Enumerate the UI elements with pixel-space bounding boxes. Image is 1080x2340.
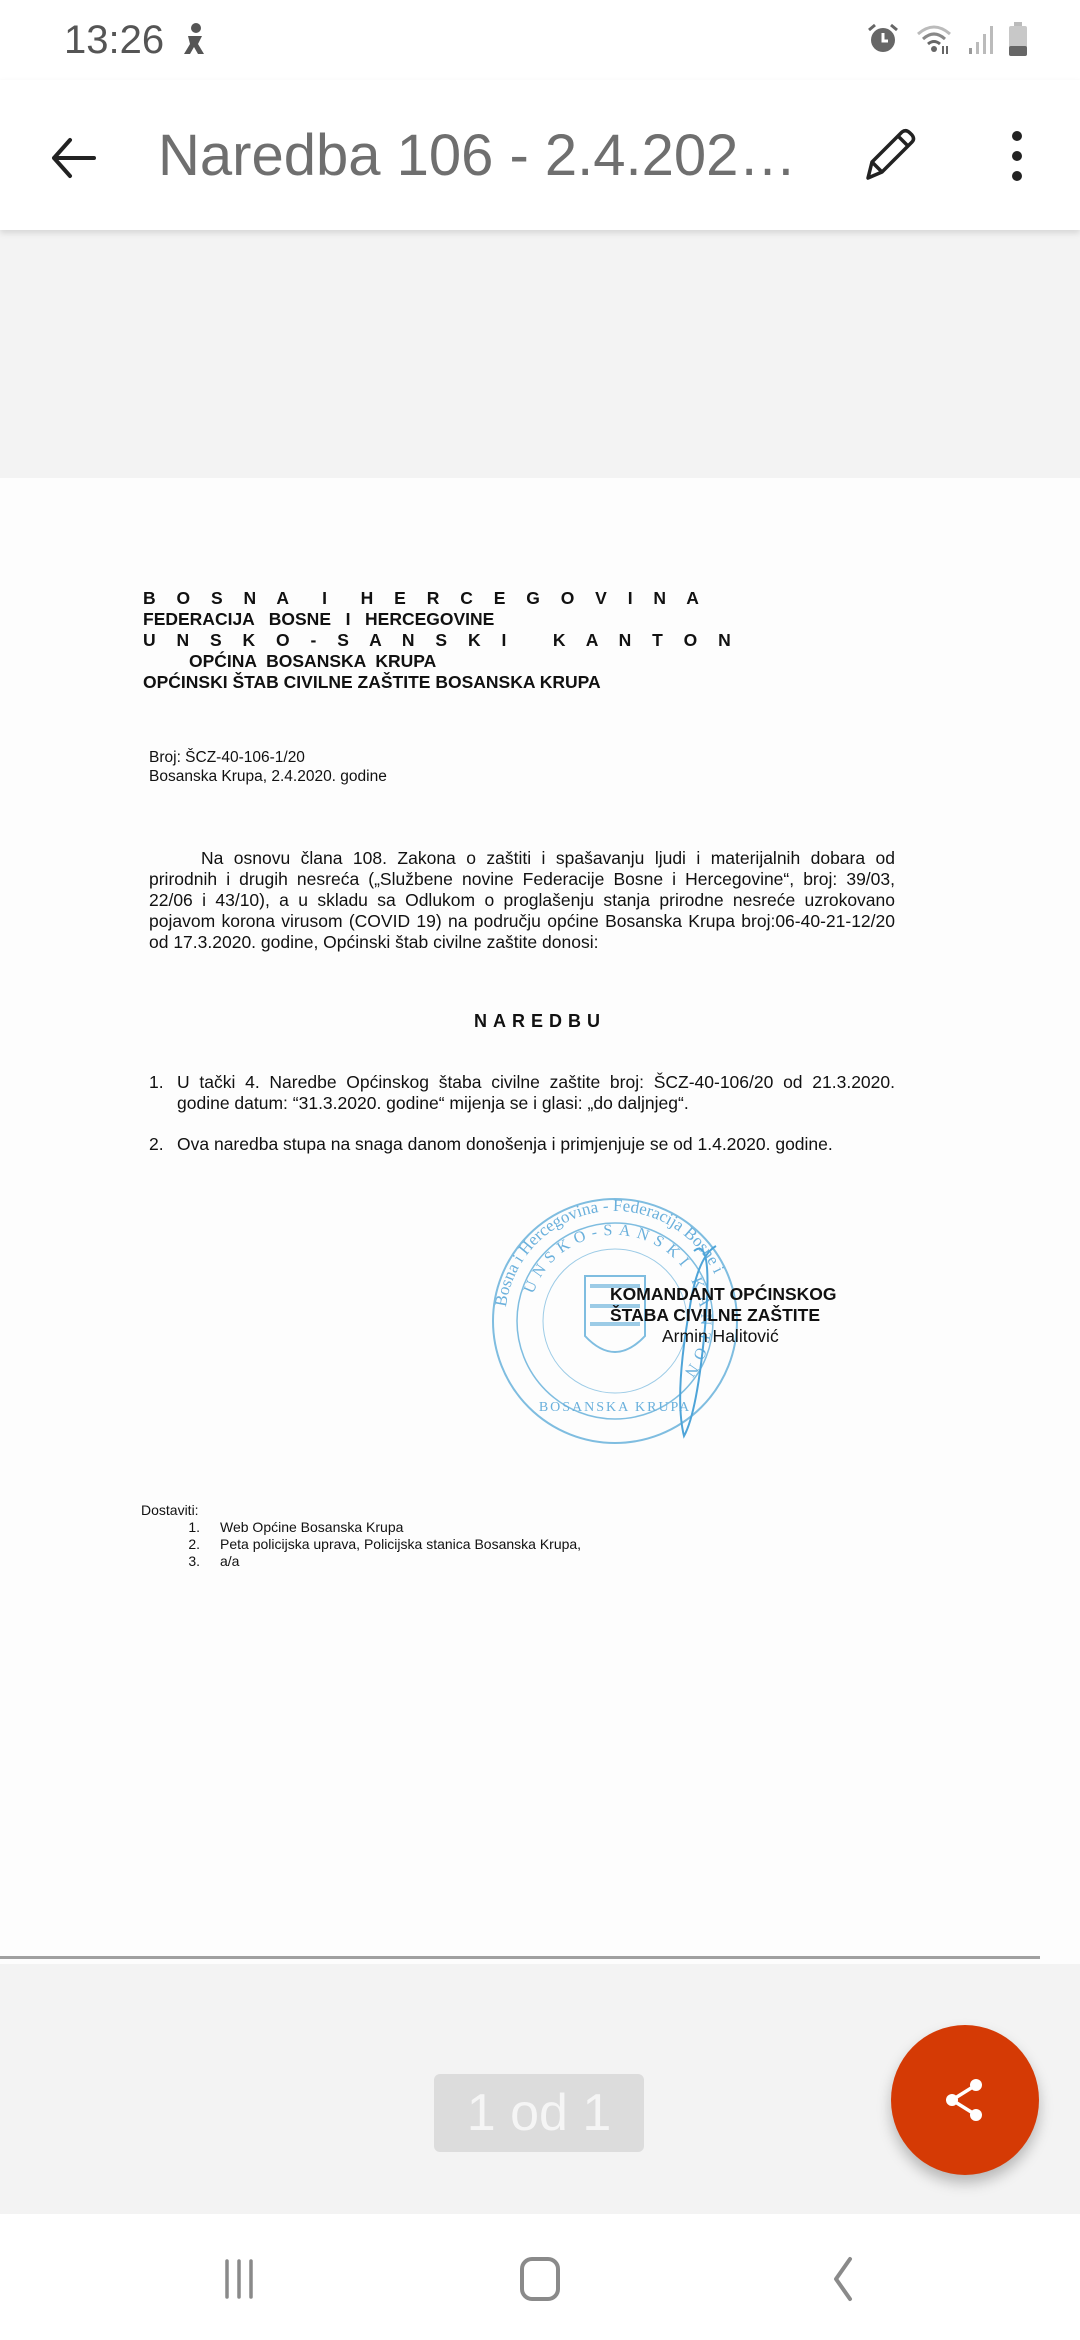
signature-title-line2: ŠTABA CIVILNE ZAŠTITE <box>610 1305 837 1326</box>
more-options-button[interactable] <box>996 124 1038 188</box>
recent-apps-icon <box>217 2257 261 2301</box>
arrow-back-icon <box>44 128 104 188</box>
page-bottom-edge <box>0 1956 1040 1959</box>
accessibility-icon <box>180 22 210 58</box>
share-icon <box>940 2075 990 2125</box>
preamble-text: Na osnovu člana 108. Zakona o zaštiti i … <box>149 848 895 953</box>
delivery-item: 2. Peta policijska uprava, Policijska st… <box>141 1536 581 1553</box>
signatory-name: Armin Halitović <box>610 1326 837 1347</box>
delivery-item-text: Web Općine Bosanska Krupa <box>220 1519 403 1536</box>
delivery-item-text: a/a <box>220 1553 239 1570</box>
letterhead-line: OPĆINSKI ŠTAB CIVILNE ZAŠTITE BOSANSKA K… <box>143 672 739 693</box>
order-item: 1. U tački 4. Naredbe Općinskog štaba ci… <box>149 1072 895 1114</box>
wifi-icon <box>914 22 954 61</box>
letterhead-line: FEDERACIJA BOSNE I HERCEGOVINE <box>143 609 739 630</box>
delivery-item: 3. a/a <box>141 1553 581 1570</box>
document-preamble: Na osnovu člana 108. Zakona o zaštiti i … <box>149 848 895 953</box>
navigation-bar <box>0 2214 1080 2340</box>
letterhead-line: B O S N A I H E R C E G O V I N A <box>143 588 739 609</box>
delivery-list: Dostaviti: 1. Web Općine Bosanska Krupa … <box>141 1502 581 1570</box>
signature-title-line1: KOMANDANT OPĆINSKOG <box>610 1284 837 1305</box>
system-back-button[interactable] <box>812 2254 872 2304</box>
svg-text:BOSANSKA KRUPA: BOSANSKA KRUPA <box>539 1400 691 1415</box>
recent-apps-button[interactable] <box>209 2254 269 2304</box>
document-title: Naredba 106 - 2.4.2020... <box>158 122 818 189</box>
delivery-item-number: 2. <box>141 1536 220 1553</box>
letterhead-line: U N S K O - S A N S K I K A N T O N <box>143 630 739 651</box>
order-item-text: U tački 4. Naredbe Općinskog štaba civil… <box>177 1072 895 1114</box>
nav-back-icon <box>822 2255 862 2303</box>
order-item-number: 2. <box>149 1134 177 1155</box>
order-item-text: Ova naredba stupa na snaga danom donošen… <box>177 1134 895 1155</box>
system-icons <box>866 22 1028 61</box>
order-items: 1. U tački 4. Naredbe Općinskog štaba ci… <box>149 1072 895 1175</box>
status-bar: 13:26 <box>0 0 1080 80</box>
back-button[interactable] <box>44 128 104 188</box>
alarm-icon <box>866 22 900 61</box>
share-button[interactable] <box>891 2025 1039 2175</box>
order-item-number: 1. <box>149 1072 177 1114</box>
status-time: 13:26 <box>64 18 164 63</box>
signal-icon <box>968 24 994 59</box>
battery-icon <box>1008 22 1028 61</box>
delivery-item-number: 1. <box>141 1519 220 1536</box>
app-bar: Naredba 106 - 2.4.2020... <box>0 80 1080 230</box>
home-button[interactable] <box>510 2254 570 2304</box>
letterhead-line: OPĆINA BOSANSKA KRUPA <box>143 651 739 672</box>
delivery-label: Dostaviti: <box>141 1502 581 1519</box>
delivery-item-number: 3. <box>141 1553 220 1570</box>
document-reference: Broj: ŠCZ-40-106-1/20 Bosanska Krupa, 2.… <box>149 748 387 786</box>
order-item: 2. Ova naredba stupa na snaga danom dono… <box>149 1134 895 1155</box>
delivery-item: 1. Web Općine Bosanska Krupa <box>141 1519 581 1536</box>
page-indicator: 1 od 1 <box>434 2074 644 2152</box>
document-page[interactable]: B O S N A I H E R C E G O V I N A FEDERA… <box>0 478 1080 1964</box>
reference-place-date: Bosanska Krupa, 2.4.2020. godine <box>149 767 387 786</box>
more-vert-icon <box>996 124 1038 188</box>
document-heading: NAREDBU <box>0 1011 1080 1032</box>
document-letterhead: B O S N A I H E R C E G O V I N A FEDERA… <box>143 588 739 693</box>
home-icon <box>516 2255 564 2303</box>
edit-button[interactable] <box>856 124 920 188</box>
pencil-icon <box>856 124 920 188</box>
reference-number: Broj: ŠCZ-40-106-1/20 <box>149 748 387 767</box>
delivery-item-text: Peta policijska uprava, Policijska stani… <box>220 1536 581 1553</box>
signature-block: KOMANDANT OPĆINSKOG ŠTABA CIVILNE ZAŠTIT… <box>610 1284 837 1347</box>
